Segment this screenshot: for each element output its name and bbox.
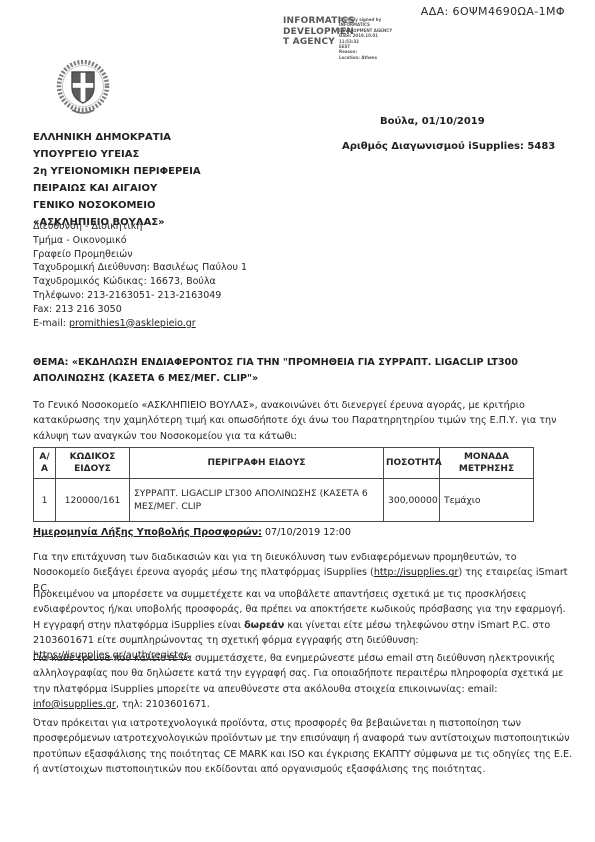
ada-number: ΑΔΑ: 6ΟΨΜ4690ΩΑ-1ΜΦ xyxy=(421,5,565,18)
isupplies-url-link[interactable]: http://isupplies.gr xyxy=(374,567,459,578)
contact-block: Διεύθυνση - Διοικητική Τμήμα - Οικονομικ… xyxy=(33,220,247,330)
contact-line-directorate: Διεύθυνση - Διοικητική xyxy=(33,220,247,234)
contact-line-department: Τμήμα - Οικονομικό xyxy=(33,234,247,248)
email-label: E-mail: xyxy=(33,318,69,329)
cell-description: ΣΥΡΡΑΠΤ. LIGACLIP LT300 ΑΠΟΛΙΝΩΣΗΣ (ΚΑΣΕ… xyxy=(130,479,384,522)
col-header-index: Α/Α xyxy=(34,448,56,479)
contact-line-postal-code: Ταχυδρομικός Κώδικας: 16673, Βούλα xyxy=(33,275,247,289)
cell-index: 1 xyxy=(34,479,56,522)
notification-paragraph: Για κάθε έρευνα που καλείστε να συμμετάσ… xyxy=(33,651,575,712)
items-table: Α/Α ΚΩΔΙΚΟΣ ΕΙΔΟΥΣ ΠΕΡΙΓΡΑΦΗ ΕΙΔΟΥΣ ΠΟΣΟ… xyxy=(33,447,534,522)
cell-item-code: 120000/161 xyxy=(56,479,130,522)
document-page: ΑΔΑ: 6ΟΨΜ4690ΩΑ-1ΜΦ INFORMATICS DEVELOPM… xyxy=(0,0,595,842)
col-header-item-code: ΚΩΔΙΚΟΣ ΕΙΔΟΥΣ xyxy=(56,448,130,479)
contact-line-address: Ταχυδρομική Διεύθυνση: Βασιλέως Παύλου 1 xyxy=(33,261,247,275)
contact-line-office: Γραφείο Προμηθειών xyxy=(33,248,247,262)
intro-paragraph: Το Γενικό Νοσοκομείο «ΑΣΚΛΗΠΙΕΙΟ ΒΟΥΛΑΣ»… xyxy=(33,398,575,444)
info-email-link[interactable]: info@isupplies.gr xyxy=(33,699,116,710)
stamp-line: DEVELOPMEN xyxy=(283,27,341,38)
contest-number-value: 5483 xyxy=(527,141,555,152)
items-table-container: Α/Α ΚΩΔΙΚΟΣ ΕΙΔΟΥΣ ΠΕΡΙΓΡΑΦΗ ΕΙΔΟΥΣ ΠΟΣΟ… xyxy=(33,447,534,522)
org-line: ΕΛΛΗΝΙΚΗ ΔΗΜΟΚΡΑΤΙΑ xyxy=(33,129,201,146)
notification-text: , τηλ: 2103601671. xyxy=(116,699,210,710)
signature-stamp-agency: INFORMATICS DEVELOPMEN T AGENCY xyxy=(283,16,341,48)
subject-line: ΘΕΜΑ: «ΕΚΔΗΛΩΣΗ ΕΝΔΙΑΦΕΡΟΝΤΟΣ ΓΙΑ ΤΗΝ "Π… xyxy=(33,355,578,386)
table-row: 1 120000/161 ΣΥΡΡΑΠΤ. LIGACLIP LT300 ΑΠΟ… xyxy=(34,479,534,522)
contest-number-label: Αριθμός Διαγωνισμού iSupplies: xyxy=(342,141,527,152)
hellenic-republic-emblem-icon xyxy=(52,59,114,121)
place-date: Βούλα, 01/10/2019 xyxy=(380,116,485,127)
org-line: ΓΕΝΙΚΟ ΝΟΣΟΚΟΜΕΙΟ xyxy=(33,197,201,214)
deadline-line: Ημερομηνία Λήξης Υποβολής Προσφορών: 07/… xyxy=(33,527,351,538)
contact-line-email: E-mail: promithies1@asklepieio.gr xyxy=(33,317,247,331)
stamp-detail-line: Date: 2019.10.01 11:53:32 xyxy=(339,33,399,44)
deadline-label: Ημερομηνία Λήξης Υποβολής Προσφορών: xyxy=(33,527,262,538)
org-line: 2η ΥΓΕΙΟΝΟΜΙΚΗ ΠΕΡΙΦΕΡΕΙΑ xyxy=(33,163,201,180)
col-header-quantity: ΠΟΣΟΤΗΤΑ xyxy=(384,448,440,479)
stamp-line: T AGENCY xyxy=(283,37,341,48)
quality-paragraph: Όταν πρόκειται για ιατροτεχνολογικά προϊ… xyxy=(33,716,575,777)
organization-header: ΕΛΛΗΝΙΚΗ ΔΗΜΟΚΡΑΤΙΑ ΥΠΟΥΡΓΕΙΟ ΥΓΕΙΑΣ 2η … xyxy=(33,129,201,231)
table-header-row: Α/Α ΚΩΔΙΚΟΣ ΕΙΔΟΥΣ ΠΕΡΙΓΡΑΦΗ ΕΙΔΟΥΣ ΠΟΣΟ… xyxy=(34,448,534,479)
free-of-charge-emphasis: δωρεάν xyxy=(244,620,284,631)
cell-quantity: 300,00000 xyxy=(384,479,440,522)
col-header-description: ΠΕΡΙΓΡΑΦΗ ΕΙΔΟΥΣ xyxy=(130,448,384,479)
deadline-value: 07/10/2019 12:00 xyxy=(262,527,351,538)
signature-stamp-details: Digitally signed by INFORMATICS DEVELOPM… xyxy=(339,17,399,60)
stamp-detail-line: Location: Athens xyxy=(339,55,399,60)
contest-number-line: Αριθμός Διαγωνισμού iSupplies: 5483 xyxy=(342,141,555,152)
cell-unit: Τεμάχιο xyxy=(440,479,534,522)
contact-line-phone: Τηλέφωνο: 213-2163051- 213-2163049 xyxy=(33,289,247,303)
email-link[interactable]: promithies1@asklepieio.gr xyxy=(69,318,196,329)
org-line: ΠΕΙΡΑΙΩΣ ΚΑΙ ΑΙΓΑΙΟΥ xyxy=(33,180,201,197)
org-line: ΥΠΟΥΡΓΕΙΟ ΥΓΕΙΑΣ xyxy=(33,146,201,163)
notification-text: Για κάθε έρευνα που καλείστε να συμμετάσ… xyxy=(33,653,563,695)
contact-line-fax: Fax: 213 216 3050 xyxy=(33,303,247,317)
stamp-line: INFORMATICS xyxy=(283,16,341,27)
col-header-unit: ΜΟΝΑΔΑ ΜΕΤΡΗΣΗΣ xyxy=(440,448,534,479)
